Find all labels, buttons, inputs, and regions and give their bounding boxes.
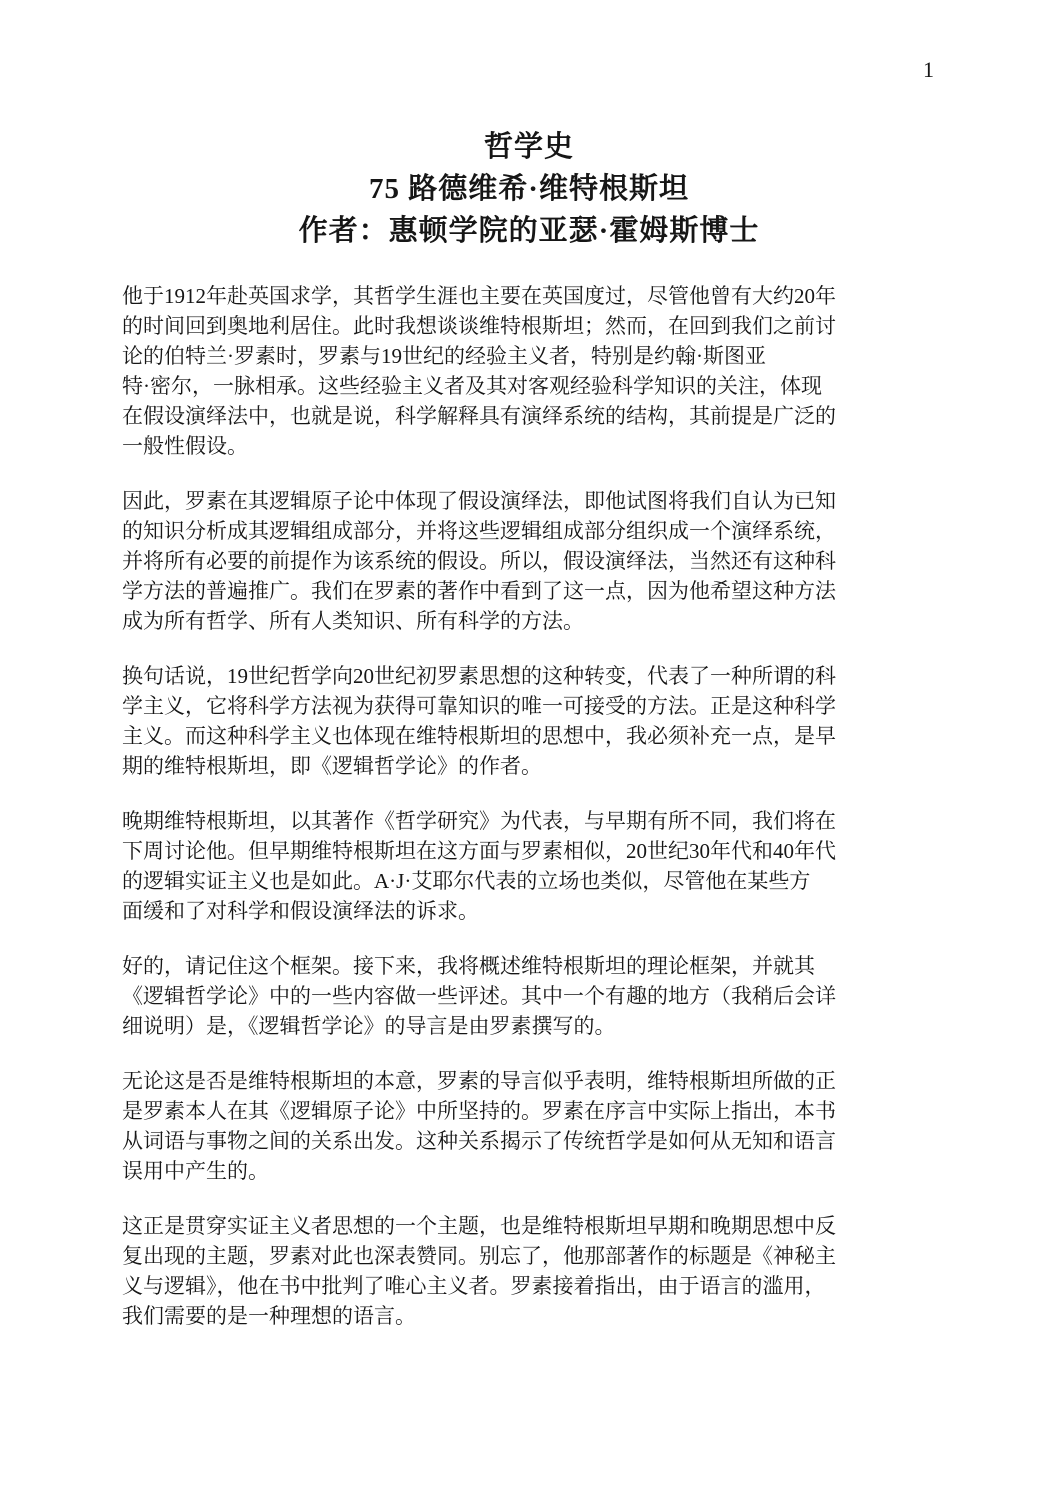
document-title: 哲学史	[0, 126, 1058, 168]
paragraph-3: 换句话说，19世纪哲学向20世纪初罗素思想的这种转变，代表了一种所谓的科 学主义…	[122, 661, 936, 781]
paragraph-5: 好的，请记住这个框架。接下来，我将概述维特根斯坦的理论框架，并就其 《逻辑哲学论…	[122, 951, 936, 1041]
paragraph-4: 晚期维特根斯坦，以其著作《哲学研究》为代表，与早期有所不同，我们将在 下周讨论他…	[122, 806, 936, 926]
document-subtitle: 75 路德维希·维特根斯坦	[0, 168, 1058, 210]
page-number: 1	[122, 57, 934, 83]
document-header: 哲学史 75 路德维希·维特根斯坦 作者：惠顿学院的亚瑟·霍姆斯博士	[0, 126, 1058, 252]
paragraph-7: 这正是贯穿实证主义者思想的一个主题，也是维特根斯坦早期和晚期思想中反 复出现的主…	[122, 1211, 936, 1331]
document-author: 作者：惠顿学院的亚瑟·霍姆斯博士	[0, 210, 1058, 252]
document-body: 他于1912年赴英国求学，其哲学生涯也主要在英国度过，尽管他曾有大约20年 的时…	[122, 281, 936, 1356]
paragraph-1: 他于1912年赴英国求学，其哲学生涯也主要在英国度过，尽管他曾有大约20年 的时…	[122, 281, 936, 461]
paragraph-2: 因此，罗素在其逻辑原子论中体现了假设演绎法，即他试图将我们自认为已知 的知识分析…	[122, 486, 936, 636]
document-page: 1 哲学史 75 路德维希·维特根斯坦 作者：惠顿学院的亚瑟·霍姆斯博士 他于1…	[0, 0, 1058, 1497]
paragraph-6: 无论这是否是维特根斯坦的本意，罗素的导言似乎表明，维特根斯坦所做的正 是罗素本人…	[122, 1066, 936, 1186]
